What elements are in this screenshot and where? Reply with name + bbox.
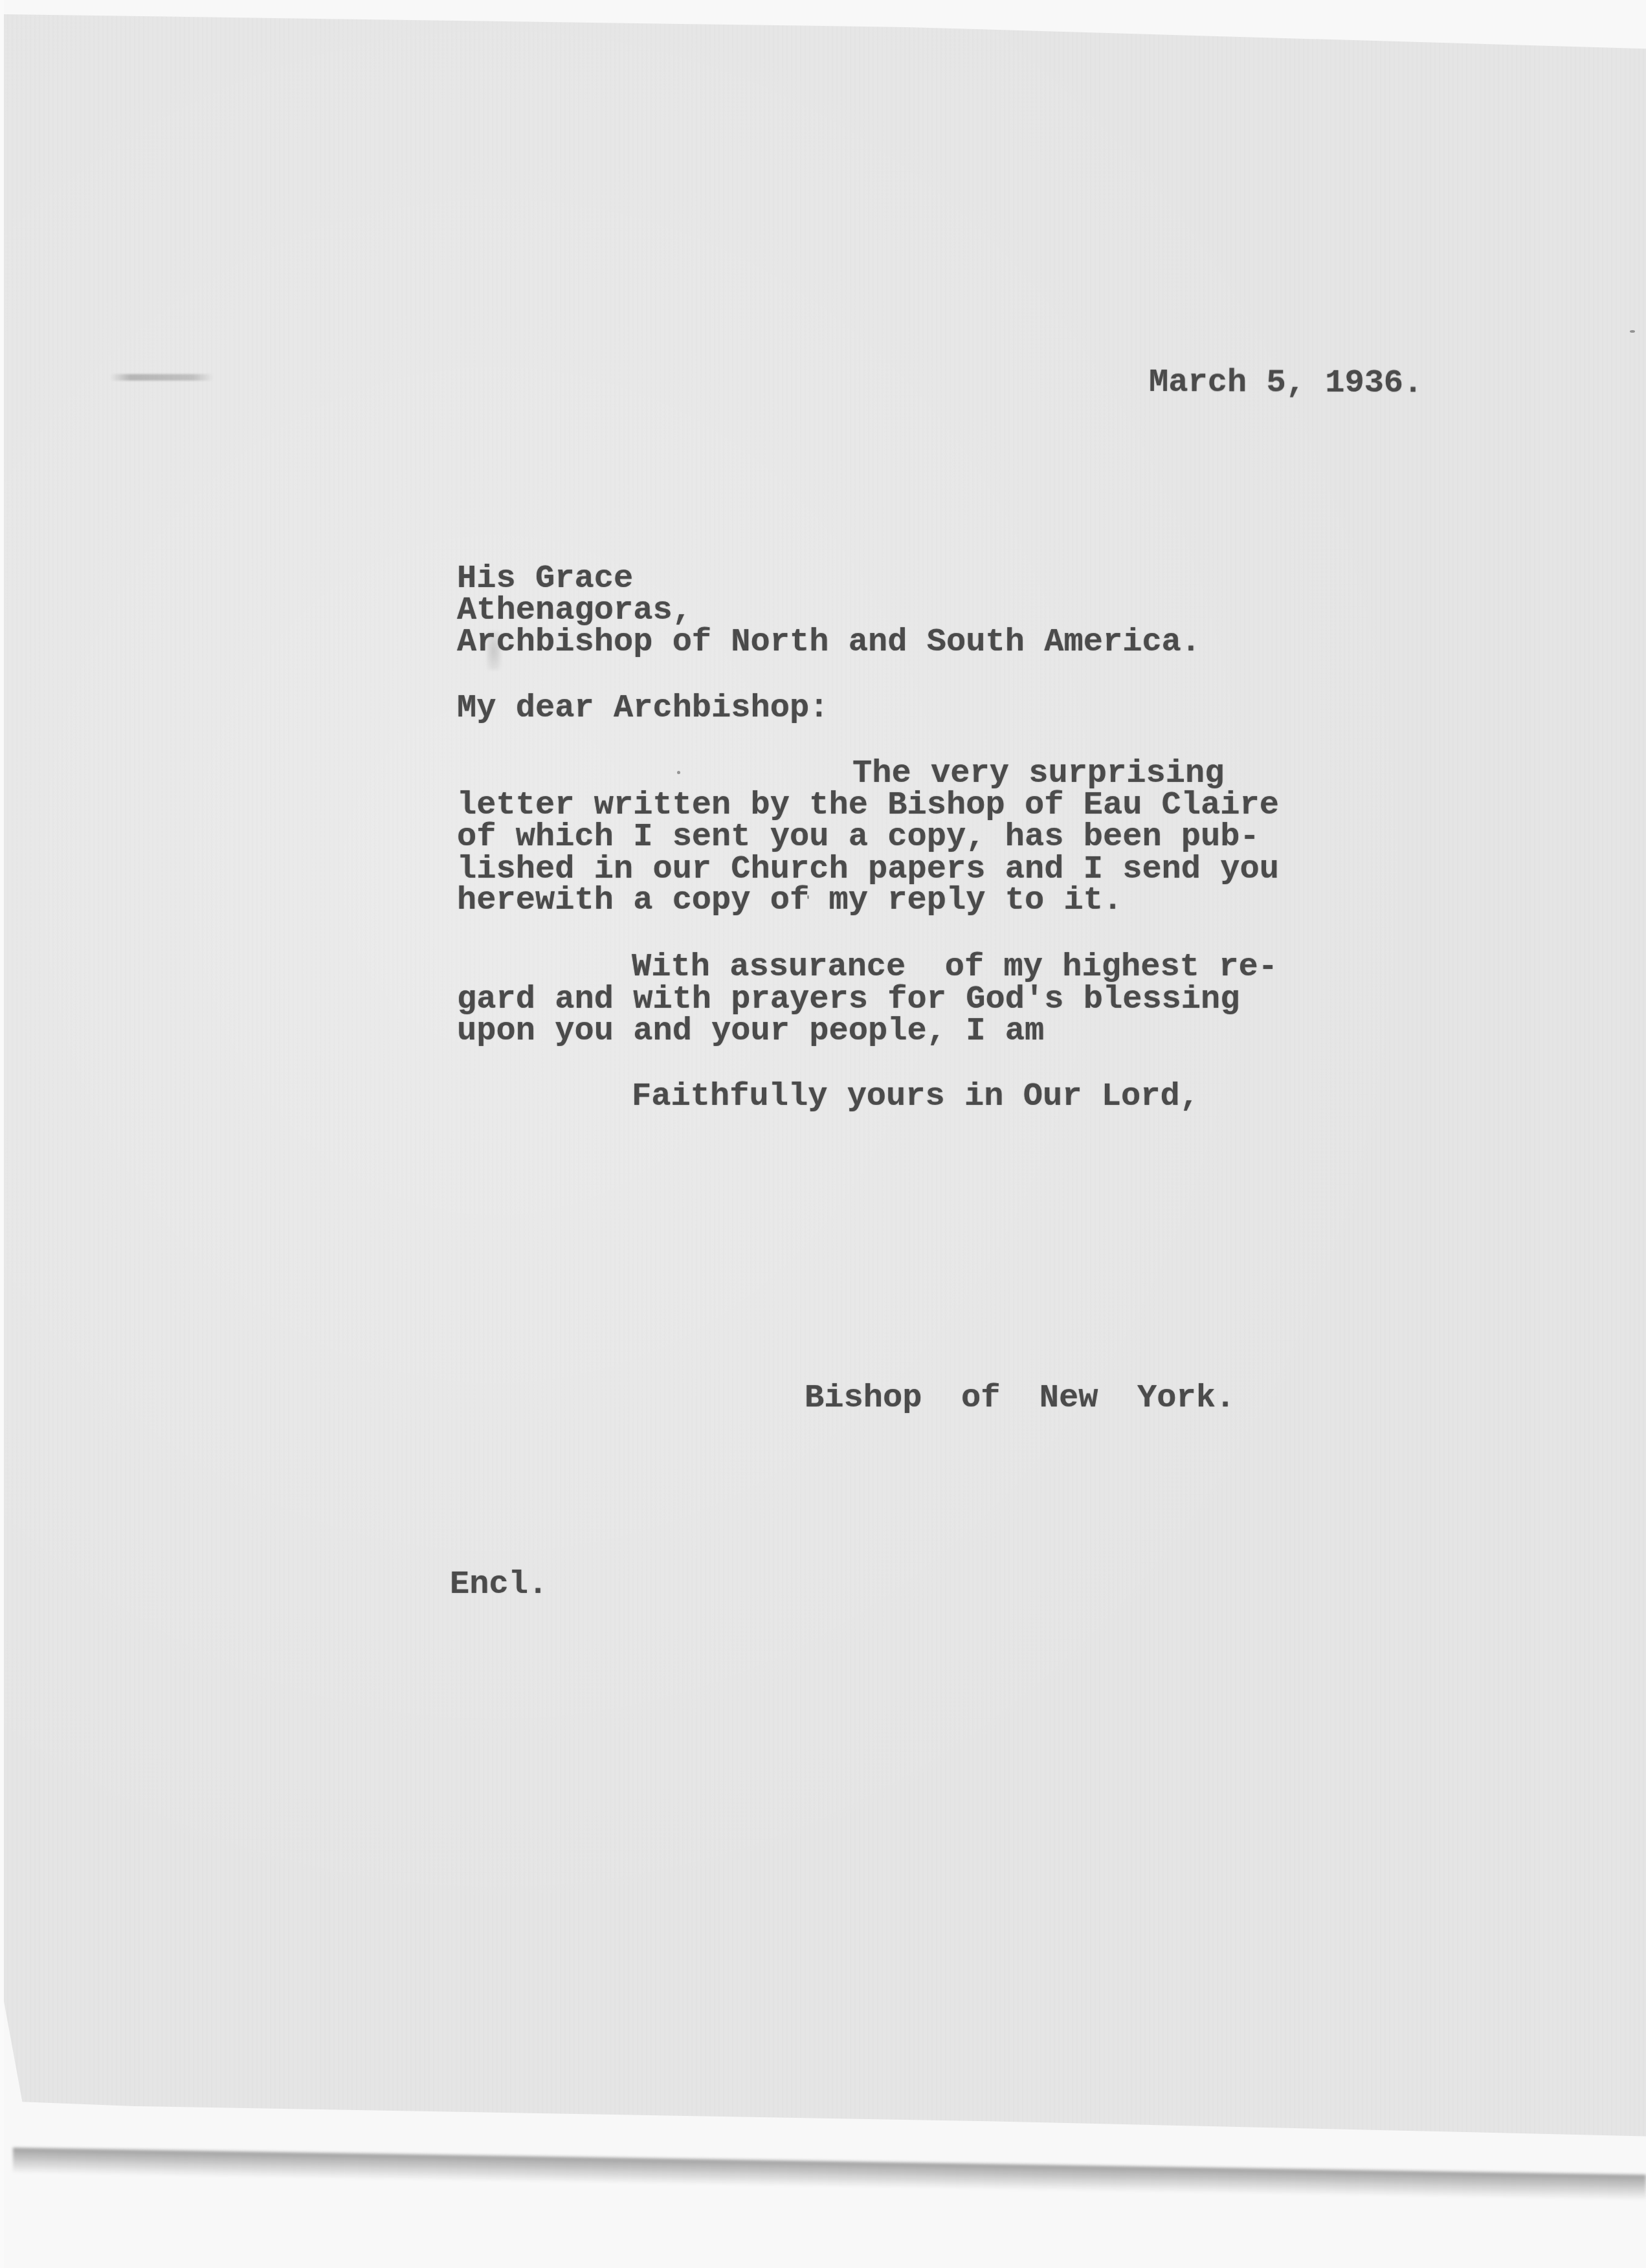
recipient-honorific: His Grace [457, 563, 633, 595]
recipient-title: Archbishop of North and South America. [457, 627, 1201, 659]
paper-speck [677, 771, 680, 774]
paragraph-line: herewith a copy of my reply to it. [457, 885, 1122, 917]
salutation: My dear Archbishop: [457, 693, 829, 725]
paragraph-line: letter written by the Bishop of Eau Clai… [457, 790, 1279, 822]
paragraph-line: upon you and your people, I am [457, 1016, 1044, 1048]
paragraph-line: With assurance of my highest re- [632, 951, 1278, 984]
scan-left-edge [0, 0, 4, 2268]
recipient-name: Athenagoras, [457, 595, 692, 627]
complimentary-close: Faithfully yours in Our Lord, [632, 1081, 1199, 1113]
signature-title: Bishop of New York. [805, 1383, 1235, 1415]
faint-stamp-mark [110, 374, 214, 381]
letter-date: March 5, 1936. [1149, 367, 1423, 401]
paragraph-line: of which I sent you a copy, has been pub… [457, 821, 1260, 854]
enclosure-notation: Encl. [450, 1569, 548, 1601]
paragraph-line: lished in our Church papers and I send y… [457, 854, 1279, 886]
paragraph-line: The very surprising [852, 758, 1225, 790]
paragraph-line: gard and with prayers for God's blessing [457, 984, 1240, 1016]
paper-speck [1630, 330, 1635, 333]
